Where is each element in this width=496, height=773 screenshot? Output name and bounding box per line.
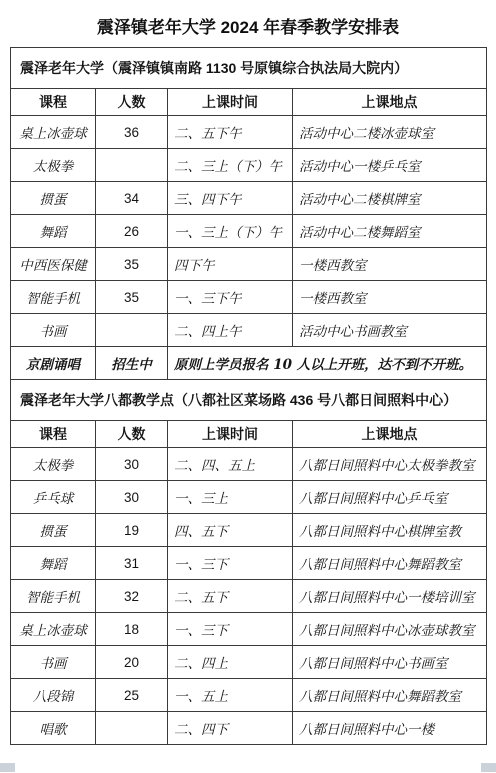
count-cell: 32 — [96, 580, 168, 613]
course-cell: 智能手机 — [11, 281, 96, 314]
time-cell: 二、三上（下）午 — [168, 149, 293, 182]
corner-marker-right — [481, 763, 496, 772]
section-header-row: 震泽老年大学（震泽镇镇南路 1130 号原镇综合执法局大院内） — [11, 48, 487, 89]
column-header-row: 课程人数上课时间上课地点 — [11, 421, 487, 448]
column-header-location: 上课地点 — [293, 421, 487, 448]
count-cell: 26 — [96, 215, 168, 248]
document-page: 震泽镇老年大学 2024 年春季教学安排表 震泽老年大学（震泽镇镇南路 1130… — [0, 13, 496, 745]
course-cell: 唱歌 — [11, 712, 96, 745]
location-cell: 八都日间照料中心舞蹈教室 — [293, 679, 487, 712]
table-row: 舞蹈26一、三上（下）午活动中心二楼舞蹈室 — [11, 215, 487, 248]
time-cell: 一、三下 — [168, 613, 293, 646]
time-cell: 一、三上（下）午 — [168, 215, 293, 248]
time-cell: 三、四下午 — [168, 182, 293, 215]
corner-marker-left — [0, 763, 15, 772]
location-cell: 一楼西教室 — [293, 281, 487, 314]
location-cell: 八都日间照料中心冰壶球教室 — [293, 613, 487, 646]
table-row: 书画20二、四上八都日间照料中心书画室 — [11, 646, 487, 679]
location-cell: 八都日间照料中心一楼 — [293, 712, 487, 745]
count-cell: 31 — [96, 547, 168, 580]
time-cell: 二、五下午 — [168, 116, 293, 149]
count-cell — [96, 149, 168, 182]
location-cell: 活动中心二楼舞蹈室 — [293, 215, 487, 248]
column-header-course: 课程 — [11, 421, 96, 448]
schedule-table: 震泽老年大学（震泽镇镇南路 1130 号原镇综合执法局大院内）课程人数上课时间上… — [10, 47, 487, 745]
table-row: 掼蛋19四、五下八都日间照料中心棋牌室教 — [11, 514, 487, 547]
location-cell: 活动中心一楼乒乓室 — [293, 149, 487, 182]
count-cell: 35 — [96, 281, 168, 314]
table-row: 唱歌二、四下八都日间照料中心一楼 — [11, 712, 487, 745]
count-cell: 招生中 — [96, 347, 168, 380]
course-cell: 舞蹈 — [11, 547, 96, 580]
course-cell: 桌上冰壶球 — [11, 116, 96, 149]
section-header-row: 震泽老年大学八都教学点（八都社区菜场路 436 号八都日间照料中心） — [11, 380, 487, 421]
column-header-time: 上课时间 — [168, 89, 293, 116]
column-header-count: 人数 — [96, 89, 168, 116]
course-cell: 掼蛋 — [11, 514, 96, 547]
count-cell: 30 — [96, 481, 168, 514]
course-cell: 太极拳 — [11, 149, 96, 182]
time-cell: 二、四上 — [168, 646, 293, 679]
count-cell: 34 — [96, 182, 168, 215]
section-header: 震泽老年大学八都教学点（八都社区菜场路 436 号八都日间照料中心） — [11, 380, 487, 421]
time-cell: 二、四上午 — [168, 314, 293, 347]
column-header-time: 上课时间 — [168, 421, 293, 448]
count-cell: 25 — [96, 679, 168, 712]
table-row: 太极拳30二、四、五上八都日间照料中心太极拳教室 — [11, 448, 487, 481]
table-row: 八段锦25一、五上八都日间照料中心舞蹈教室 — [11, 679, 487, 712]
table-row: 桌上冰壶球18一、三下八都日间照料中心冰壶球教室 — [11, 613, 487, 646]
time-cell: 一、三下午 — [168, 281, 293, 314]
location-cell: 八都日间照料中心一楼培训室 — [293, 580, 487, 613]
time-cell: 一、五上 — [168, 679, 293, 712]
time-cell: 一、三上 — [168, 481, 293, 514]
time-cell: 二、五下 — [168, 580, 293, 613]
table-row: 桌上冰壶球36二、五下午活动中心二楼冰壶球室 — [11, 116, 487, 149]
table-row: 智能手机35一、三下午一楼西教室 — [11, 281, 487, 314]
count-cell — [96, 314, 168, 347]
table-row: 乒乓球30一、三上八都日间照料中心乒乓室 — [11, 481, 487, 514]
course-cell: 书画 — [11, 314, 96, 347]
table-row: 掼蛋34三、四下午活动中心二楼棋牌室 — [11, 182, 487, 215]
location-cell: 一楼西教室 — [293, 248, 487, 281]
page-title: 震泽镇老年大学 2024 年春季教学安排表 — [8, 13, 488, 38]
time-cell: 一、三下 — [168, 547, 293, 580]
time-cell: 二、四下 — [168, 712, 293, 745]
section-header: 震泽老年大学（震泽镇镇南路 1130 号原镇综合执法局大院内） — [11, 48, 487, 89]
course-cell: 太极拳 — [11, 448, 96, 481]
course-cell: 京剧诵唱 — [11, 347, 96, 380]
table-row: 京剧诵唱招生中原则上学员报名 10 人以上开班，达不到不开班。 — [11, 347, 487, 380]
count-cell: 30 — [96, 448, 168, 481]
count-cell: 20 — [96, 646, 168, 679]
course-cell: 乒乓球 — [11, 481, 96, 514]
time-cell: 四、五下 — [168, 514, 293, 547]
count-cell: 18 — [96, 613, 168, 646]
course-cell: 掼蛋 — [11, 182, 96, 215]
location-cell: 活动中心二楼棋牌室 — [293, 182, 487, 215]
column-header-course: 课程 — [11, 89, 96, 116]
location-cell: 八都日间照料中心乒乓室 — [293, 481, 487, 514]
time-cell: 二、四、五上 — [168, 448, 293, 481]
course-cell: 八段锦 — [11, 679, 96, 712]
count-cell: 19 — [96, 514, 168, 547]
table-row: 书画二、四上午活动中心书画教室 — [11, 314, 487, 347]
count-cell: 35 — [96, 248, 168, 281]
location-cell: 八都日间照料中心棋牌室教 — [293, 514, 487, 547]
location-cell: 活动中心二楼冰壶球室 — [293, 116, 487, 149]
location-cell: 八都日间照料中心太极拳教室 — [293, 448, 487, 481]
count-cell: 36 — [96, 116, 168, 149]
column-header-count: 人数 — [96, 421, 168, 448]
course-cell: 智能手机 — [11, 580, 96, 613]
note-cell: 原则上学员报名 10 人以上开班，达不到不开班。 — [168, 347, 487, 380]
table-row: 中西医保健35四下午一楼西教室 — [11, 248, 487, 281]
course-cell: 桌上冰壶球 — [11, 613, 96, 646]
course-cell: 书画 — [11, 646, 96, 679]
location-cell: 八都日间照料中心舞蹈教室 — [293, 547, 487, 580]
column-header-location: 上课地点 — [293, 89, 487, 116]
table-row: 智能手机32二、五下八都日间照料中心一楼培训室 — [11, 580, 487, 613]
location-cell: 八都日间照料中心书画室 — [293, 646, 487, 679]
column-header-row: 课程人数上课时间上课地点 — [11, 89, 487, 116]
table-row: 太极拳二、三上（下）午活动中心一楼乒乓室 — [11, 149, 487, 182]
location-cell: 活动中心书画教室 — [293, 314, 487, 347]
course-cell: 舞蹈 — [11, 215, 96, 248]
count-cell — [96, 712, 168, 745]
course-cell: 中西医保健 — [11, 248, 96, 281]
schedule-table-body: 震泽老年大学（震泽镇镇南路 1130 号原镇综合执法局大院内）课程人数上课时间上… — [11, 48, 487, 745]
table-row: 舞蹈31一、三下八都日间照料中心舞蹈教室 — [11, 547, 487, 580]
time-cell: 四下午 — [168, 248, 293, 281]
